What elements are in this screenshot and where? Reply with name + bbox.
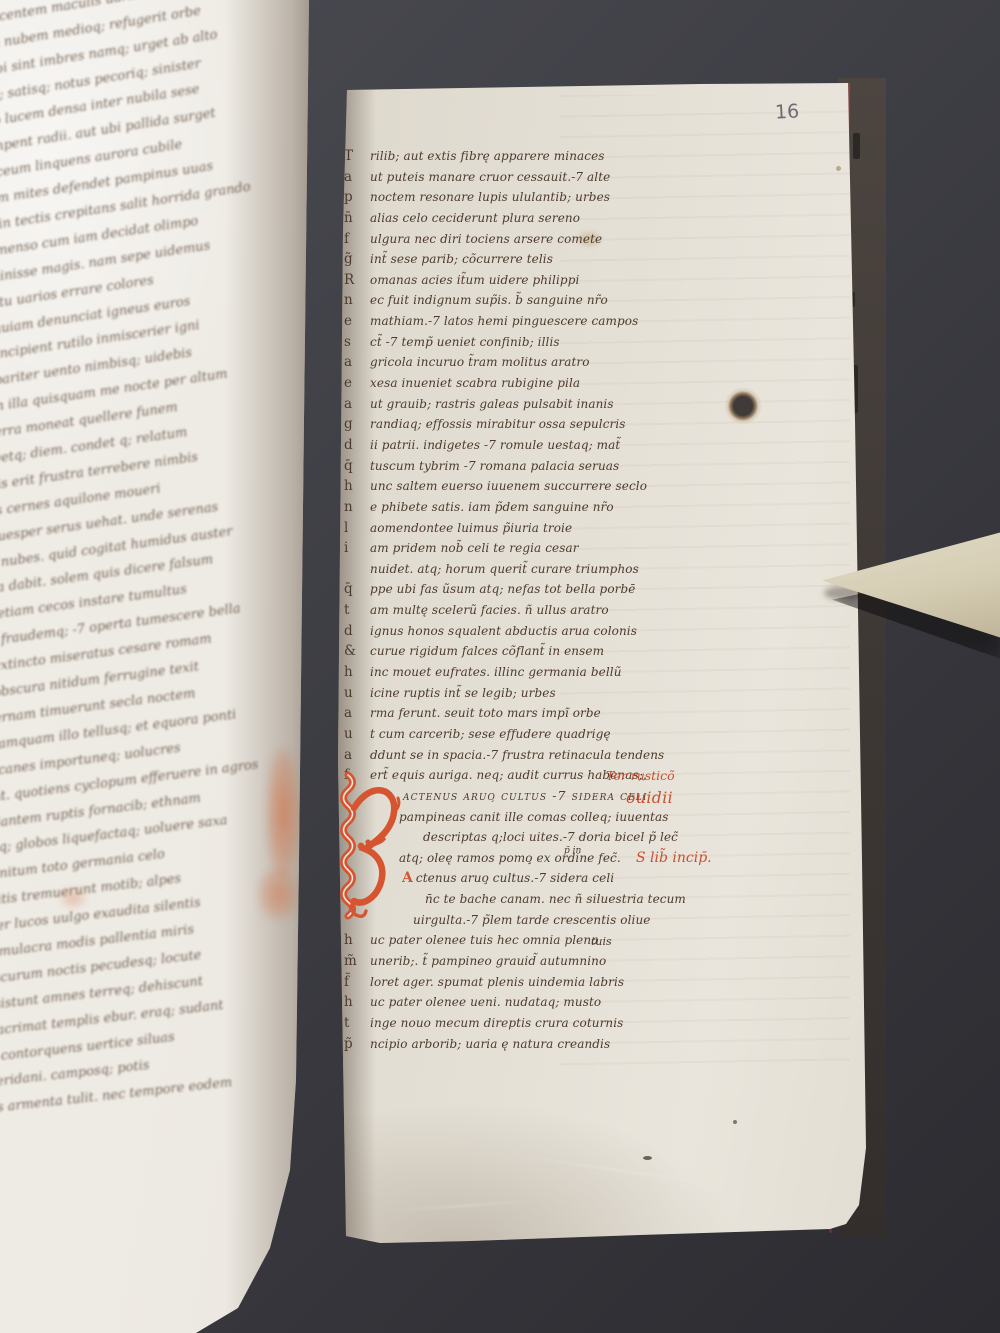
marginal-initial: u [344, 683, 370, 704]
verse-line: ne phibete satis. iam p̃dem sanguine nr̃… [344, 497, 680, 518]
marginal-initial: e [344, 373, 370, 394]
marginal-initial: s [344, 332, 370, 353]
verse-text: am multę scelerũ facies. ñ ullus aratro [370, 603, 609, 617]
decorated-initial-H [337, 772, 403, 920]
verse-text: ignus honos squalent abductis arua colon… [370, 624, 637, 638]
verse-line: ut cum carcerib; sese effudere quadrigę [344, 724, 680, 745]
verse-text: rma ferunt. seuit toto mars impĩ orbe [370, 706, 601, 720]
marginal-initial: h [344, 662, 370, 683]
verse-text: ct̃ -7 temp̃ ueniet confinib; illis [370, 335, 560, 349]
verse-text: int̃ sese parib; cõcurrere telis [370, 252, 553, 266]
marginal-initial: a [344, 703, 370, 724]
marginal-initial: m̃ [344, 951, 370, 972]
verse-line: huc pater olenee tuis hec omnia plenatui… [344, 930, 680, 951]
marginal-initial: i [344, 538, 370, 559]
folio-number: 16 [774, 100, 799, 123]
verse-line: agricola incuruo t̃ram molitus aratro [344, 352, 680, 373]
verse-line: arma ferunt. seuit toto mars impĩ orbe [344, 703, 680, 724]
verse-text: atq; oleę ramos pomo̧ ex ordine fec̃. [399, 851, 621, 865]
verse-line: Trilib; aut extis fibrę apparere minaces [344, 146, 680, 167]
verse-text: ppe ubi fas ũsum atq; nefas tot bella p… [370, 582, 635, 596]
marginal-initial: f̃ [344, 972, 370, 993]
verse-line: pampineas canit ille comas colleq; iuuen… [396, 807, 680, 828]
marginal-initial: a [344, 352, 370, 373]
verse-line: dignus honos squalent abductis arua colo… [344, 621, 680, 642]
verse-line: pnoctem resonare lupis ululantib; urbes [344, 187, 680, 208]
ink-offset-stain [258, 868, 298, 920]
verse-text: alias celo ceciderunt plura sereno [370, 211, 580, 225]
verse-line: actenus aruo̧ cultus -7 sidera celiouidi… [400, 786, 680, 807]
verse-text: uc pater olenee tuis hec omnia plena [370, 933, 598, 947]
verse-line: tinge nouo mecum direptis crura coturnis [344, 1013, 680, 1034]
verse-line: Romanas acies it̃um uidere philippi [344, 270, 680, 291]
verse-line: q̄tuscum tybrim -7 romana palacia seruas [344, 456, 680, 477]
binding-tie [853, 133, 860, 159]
verse-line: p̃ncipio arborib; uaria ę natura creandi… [344, 1034, 680, 1055]
marginal-initial: h [344, 930, 370, 951]
verse-line: q̄ppe ubi fas ũsum atq; nefas tot bella… [344, 579, 680, 600]
marginal-initial: R [344, 270, 370, 291]
verse-text: uirgulta.-7 p̃lem tarde crescentis oliue [413, 913, 651, 927]
verse-text: ii patrii. indigetes -7 romule uestaq; m… [370, 438, 620, 452]
verse-text: inge nouo mecum direptis crura coturnis [370, 1016, 623, 1030]
verse-line: n̄c te bache canam. nec ñ siluestria te… [422, 889, 680, 910]
verse-line: m̃unerib;. t̃ pampineo grauid̃ autumnino [344, 951, 680, 972]
verse-line: addunt se in spacia.-7 frustra retinacul… [344, 745, 680, 766]
verse-text: curue rigidum falces cõflant̃ in ensem [370, 644, 604, 658]
marginal-initial: d [344, 621, 370, 642]
verse-text: e phibete satis. iam p̃dem sanguine nr̃o [370, 500, 614, 514]
ink-offset-stain [60, 888, 86, 908]
verse-line: aut grauib; rastris galeas pulsabit inan… [344, 394, 680, 415]
marginal-initial: A [402, 868, 413, 889]
marginal-initial: f [344, 229, 370, 250]
rubric: S lib̃ incip̄. [636, 848, 712, 869]
verse-line: &curue rigidum falces cõflant̃ in ensem [344, 641, 680, 662]
verse-line: uirgulta.-7 p̃lem tarde crescentis oliue [410, 910, 680, 931]
verse-line: hunc saltem euerso iuuenem succurrere se… [344, 476, 680, 497]
rubric: ouidii [626, 788, 673, 809]
verse-line: sct̃ -7 temp̃ ueniet confinib; illis [344, 332, 680, 353]
verse-text: tuscum tybrim -7 romana palacia seruas [370, 459, 619, 473]
verse-text: inc mouet eufrates. illinc germania bell… [370, 665, 622, 679]
marginal-initial: l [344, 518, 370, 539]
verse-text: ut puteis manare cruor cessauit.-7 alte [370, 170, 610, 184]
verse-line: huc pater olenee ueni. nudataq; musto [344, 992, 680, 1013]
gutter-shadow [225, 0, 315, 1333]
parchment-hole [724, 388, 762, 424]
verse-text: pampineas canit ille comas colleq; iuuen… [399, 810, 668, 824]
verse-text: actenus aruo̧ cultus -7 sidera celi [403, 788, 648, 803]
verse-text: ec fuit indignum sup̃is. b̃ sanguine nr̃… [370, 293, 608, 307]
verse-text: rilib; aut extis fibrę apparere minaces [370, 149, 605, 163]
verse-text: uc pater olenee ueni. nudataq; musto [370, 995, 601, 1009]
marginal-initial: d [344, 435, 370, 456]
verse-line: nec fuit indignum sup̃is. b̃ sanguine nr… [344, 290, 680, 311]
marginal-initial: q̄ [344, 456, 370, 477]
marginal-initial: t [344, 1013, 370, 1034]
marginal-initial: t [344, 600, 370, 621]
verse-line: grandiaq; effossis mirabitur ossa sepulc… [344, 414, 680, 435]
verse-line: iam pridem nob̃ celi te regia cesar [344, 538, 680, 559]
marginal-initial: n̄ [344, 208, 370, 229]
verse-text: gricola incuruo t̃ram molitus aratro [370, 355, 590, 369]
marginal-initial: g [344, 414, 370, 435]
verse-text: am pridem nob̃ celi te regia cesar [370, 541, 579, 555]
verse-text: mathiam.-7 latos hemi pinguescere campos [370, 314, 638, 328]
verse-line: uicine ruptis int̃ se legib; urbes [344, 683, 680, 704]
page-shading [340, 1100, 740, 1250]
verse-line: fulgura nec diri tociens arsere comete [344, 229, 680, 250]
stain [643, 1156, 652, 1160]
ink-offset-stain [266, 748, 300, 878]
verse-line: g̃int̃ sese parib; cõcurrere telis [344, 249, 680, 270]
verse-line: emathiam.-7 latos hemi pinguescere campo… [344, 311, 680, 332]
verse-text: xesa inueniet scabra rubigine pila [370, 376, 580, 390]
verse-text: ut grauib; rastris galeas pulsabit inani… [370, 397, 614, 411]
verse-text: noctem resonare lupis ululantib; urbes [370, 190, 610, 204]
marginal-initial: g̃ [344, 249, 370, 270]
verse-line: hinc mouet eufrates. illinc germania bel… [344, 662, 680, 683]
verse-text: randiaq; effossis mirabitur ossa sepulcr… [370, 417, 626, 431]
verse-text: aomendontee luimus p̃iuria troie [370, 521, 572, 535]
verse-line: tam multę scelerũ facies. ñ ullus aratr… [344, 600, 680, 621]
verse-text: unc saltem euerso iuuenem succurrere sec… [370, 479, 647, 493]
marginal-initial: a [344, 745, 370, 766]
verse-text: nuidet. atq; horum querit̃ curare triump… [370, 562, 639, 576]
verse-text: t cum carcerib; sese effudere quadrigę [370, 727, 611, 741]
verse-line: aut puteis manare cruor cessauit.-7 alte [344, 167, 680, 188]
verse-text: icine ruptis int̃ se legib; urbes [370, 686, 556, 700]
marginal-initial: & [344, 641, 370, 662]
verse-line: f̃loret ager. spumat plenis uindemia lab… [344, 972, 680, 993]
marginal-initial: u [344, 724, 370, 745]
marginal-initial: T [344, 146, 370, 167]
marginal-initial: e [344, 311, 370, 332]
marginal-initial: p [344, 187, 370, 208]
verse-line: n̄alias celo ceciderunt plura sereno [344, 208, 680, 229]
marginal-initial: n [344, 290, 370, 311]
stain [733, 1120, 737, 1124]
verse-line: dii patrii. indigetes -7 romule uestaq; … [344, 435, 680, 456]
manuscript-photograph: et que mane refert -7 que surgentib; ast… [0, 0, 1000, 1333]
interlinear-note: p̃ in [564, 841, 581, 862]
verse-line: descriptas q;loci uites.-7 doria bicel p… [420, 827, 680, 848]
verse-text: loret ager. spumat plenis uindemia labri… [370, 975, 624, 989]
marginal-initial: h [344, 992, 370, 1013]
marginal-initial: a [344, 394, 370, 415]
marginal-initial: q̄ [344, 579, 370, 600]
marginal-initial: a [344, 167, 370, 188]
verse-line: nuidet. atq; horum querit̃ curare triump… [344, 559, 680, 580]
verse-text: ddunt se in spacia.-7 frustra retinacula… [370, 748, 664, 762]
verse-text: n̄c te bache canam. nec ñ siluestria te… [425, 892, 686, 906]
rubric: Ter rusticõ [606, 766, 675, 787]
marginal-initial: n [344, 497, 370, 518]
verse-line: laomendontee luimus p̃iuria troie [344, 518, 680, 539]
verse-text: descriptas q;loci uites.-7 doria bicel p… [423, 830, 678, 844]
verse-text: ulgura nec diri tociens arsere comete [370, 232, 602, 246]
verse-line: Actenus aruo̧ cultus.-7 sidera celi [402, 868, 680, 889]
stain [836, 166, 841, 171]
verse-line: atq; oleę ramos pomo̧ ex ordine fec̃.p̃ … [396, 848, 680, 869]
margin-note: tuis [591, 932, 612, 953]
verse-text: unerib;. t̃ pampineo grauid̃ autumnino [370, 954, 606, 968]
marginal-initial: h [344, 476, 370, 497]
verse-text: ctenus aruo̧ cultus.-7 sidera celi [416, 871, 614, 885]
verse-text: omanas acies it̃um uidere philippi [370, 273, 579, 287]
marginal-initial: p̃ [344, 1034, 370, 1055]
verse-text: ncipio arborib; uaria ę natura creandis [370, 1037, 610, 1051]
verse-line: exesa inueniet scabra rubigine pila [344, 373, 680, 394]
